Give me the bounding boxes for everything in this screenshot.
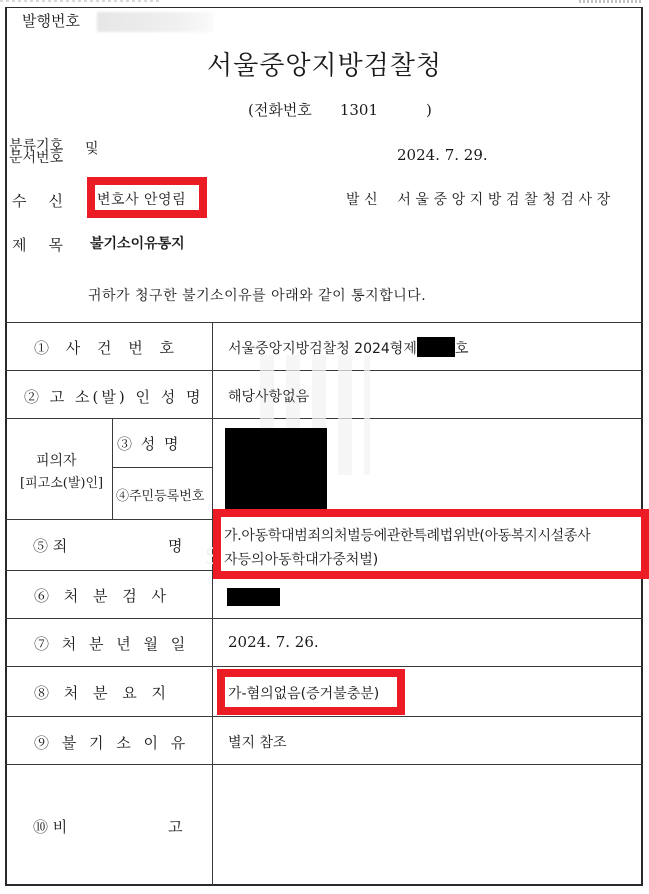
scan-artifact-corner [579, 0, 643, 3]
phone-number: 1301 [340, 101, 378, 119]
phone-line: (전화번호1301) [248, 99, 432, 120]
row-divider [5, 618, 643, 619]
prosecutor-redacted [227, 588, 280, 606]
table-top-border [5, 322, 643, 323]
suspect-column-divider [112, 418, 113, 519]
row-divider [5, 716, 643, 717]
subject-value: 불기소이유통지 [90, 233, 185, 253]
charge-value-line1: 가.아동학대범죄의처벌등에관한특례법위반(아동복지시설종사 [224, 525, 590, 545]
case-number-value: 서울중앙지방검찰청 2024형제호 [228, 337, 468, 358]
remarks-label: ⑩ 비 [33, 816, 67, 837]
phone-label: (전화번호 [248, 101, 312, 119]
column-divider [212, 322, 213, 885]
notice-text: 귀하가 청구한 불기소이유를 아래와 같이 통지합니다. [88, 285, 426, 305]
sender: 발신 서울중앙지방검찰청검사장 [346, 189, 615, 209]
recipient-value: 변호사 안영림 [97, 189, 186, 209]
disposition-date-label: ⑦ 처 분 년 월 일 [34, 633, 189, 654]
suspect-group-label: 피의자 [36, 450, 77, 470]
case-number-redacted [417, 337, 455, 357]
remarks-label-end: 고 [168, 816, 183, 837]
complainant-label: ② 고 소(발) 인 성 명 [24, 386, 204, 407]
scan-artifact-top [0, 0, 160, 2]
complainant-value: 해당사항없음 [228, 386, 309, 406]
charge-label: ⑤ 죄 [33, 535, 67, 556]
issue-number-label: 발행번호 [22, 10, 80, 31]
charge-value-line2: 자등의아동학대가중처벌) [224, 549, 378, 569]
classification-label: 분류기호 문서번호 및 [9, 140, 63, 164]
row-divider [5, 666, 643, 667]
disposition-summary-label: ⑧ 처 분 요 지 [34, 682, 171, 703]
sender-value: 서울중앙지방검찰청검사장 [397, 192, 615, 208]
phone-close: ) [426, 101, 432, 119]
case-number-suffix: 호 [455, 341, 469, 357]
sender-label: 발신 [346, 192, 382, 208]
case-number-prefix: 서울중앙지방검찰청 2024형제 [228, 341, 417, 357]
prosecutor-label: ⑥ 처 분 검 사 [34, 585, 171, 606]
suspect-name-label: ③ 성 명 [117, 433, 181, 454]
disposition-summary-value: 가-혐의없음(증거불충분) [228, 683, 379, 703]
non-prosecution-reason-label: ⑨ 불 기 소 이 유 [34, 732, 189, 753]
suspect-group-sublabel: [피고소(발)인] [20, 472, 103, 491]
disposition-date-value: 2024. 7. 26. [228, 633, 319, 651]
issue-number-redacted [97, 12, 213, 32]
row-divider-inner [112, 467, 212, 468]
classification-label-line2: 문서번호 [9, 152, 63, 164]
suspect-info-redacted [225, 428, 327, 510]
case-number-label: ① 사 건 번 호 [34, 337, 180, 358]
agency-title: 서울중앙지방검찰청 [0, 45, 649, 82]
charge-label-end: 명 [168, 535, 183, 556]
classification-and: 및 [85, 143, 99, 155]
subject-label: 제목 [12, 234, 85, 255]
suspect-id-label: ④주민등록번호 [116, 485, 204, 504]
non-prosecution-reason-value: 별지 참조 [228, 732, 287, 752]
row-divider [5, 764, 643, 765]
document-date: 2024. 7. 29. [397, 146, 488, 164]
recipient-label: 수신 [12, 190, 85, 211]
